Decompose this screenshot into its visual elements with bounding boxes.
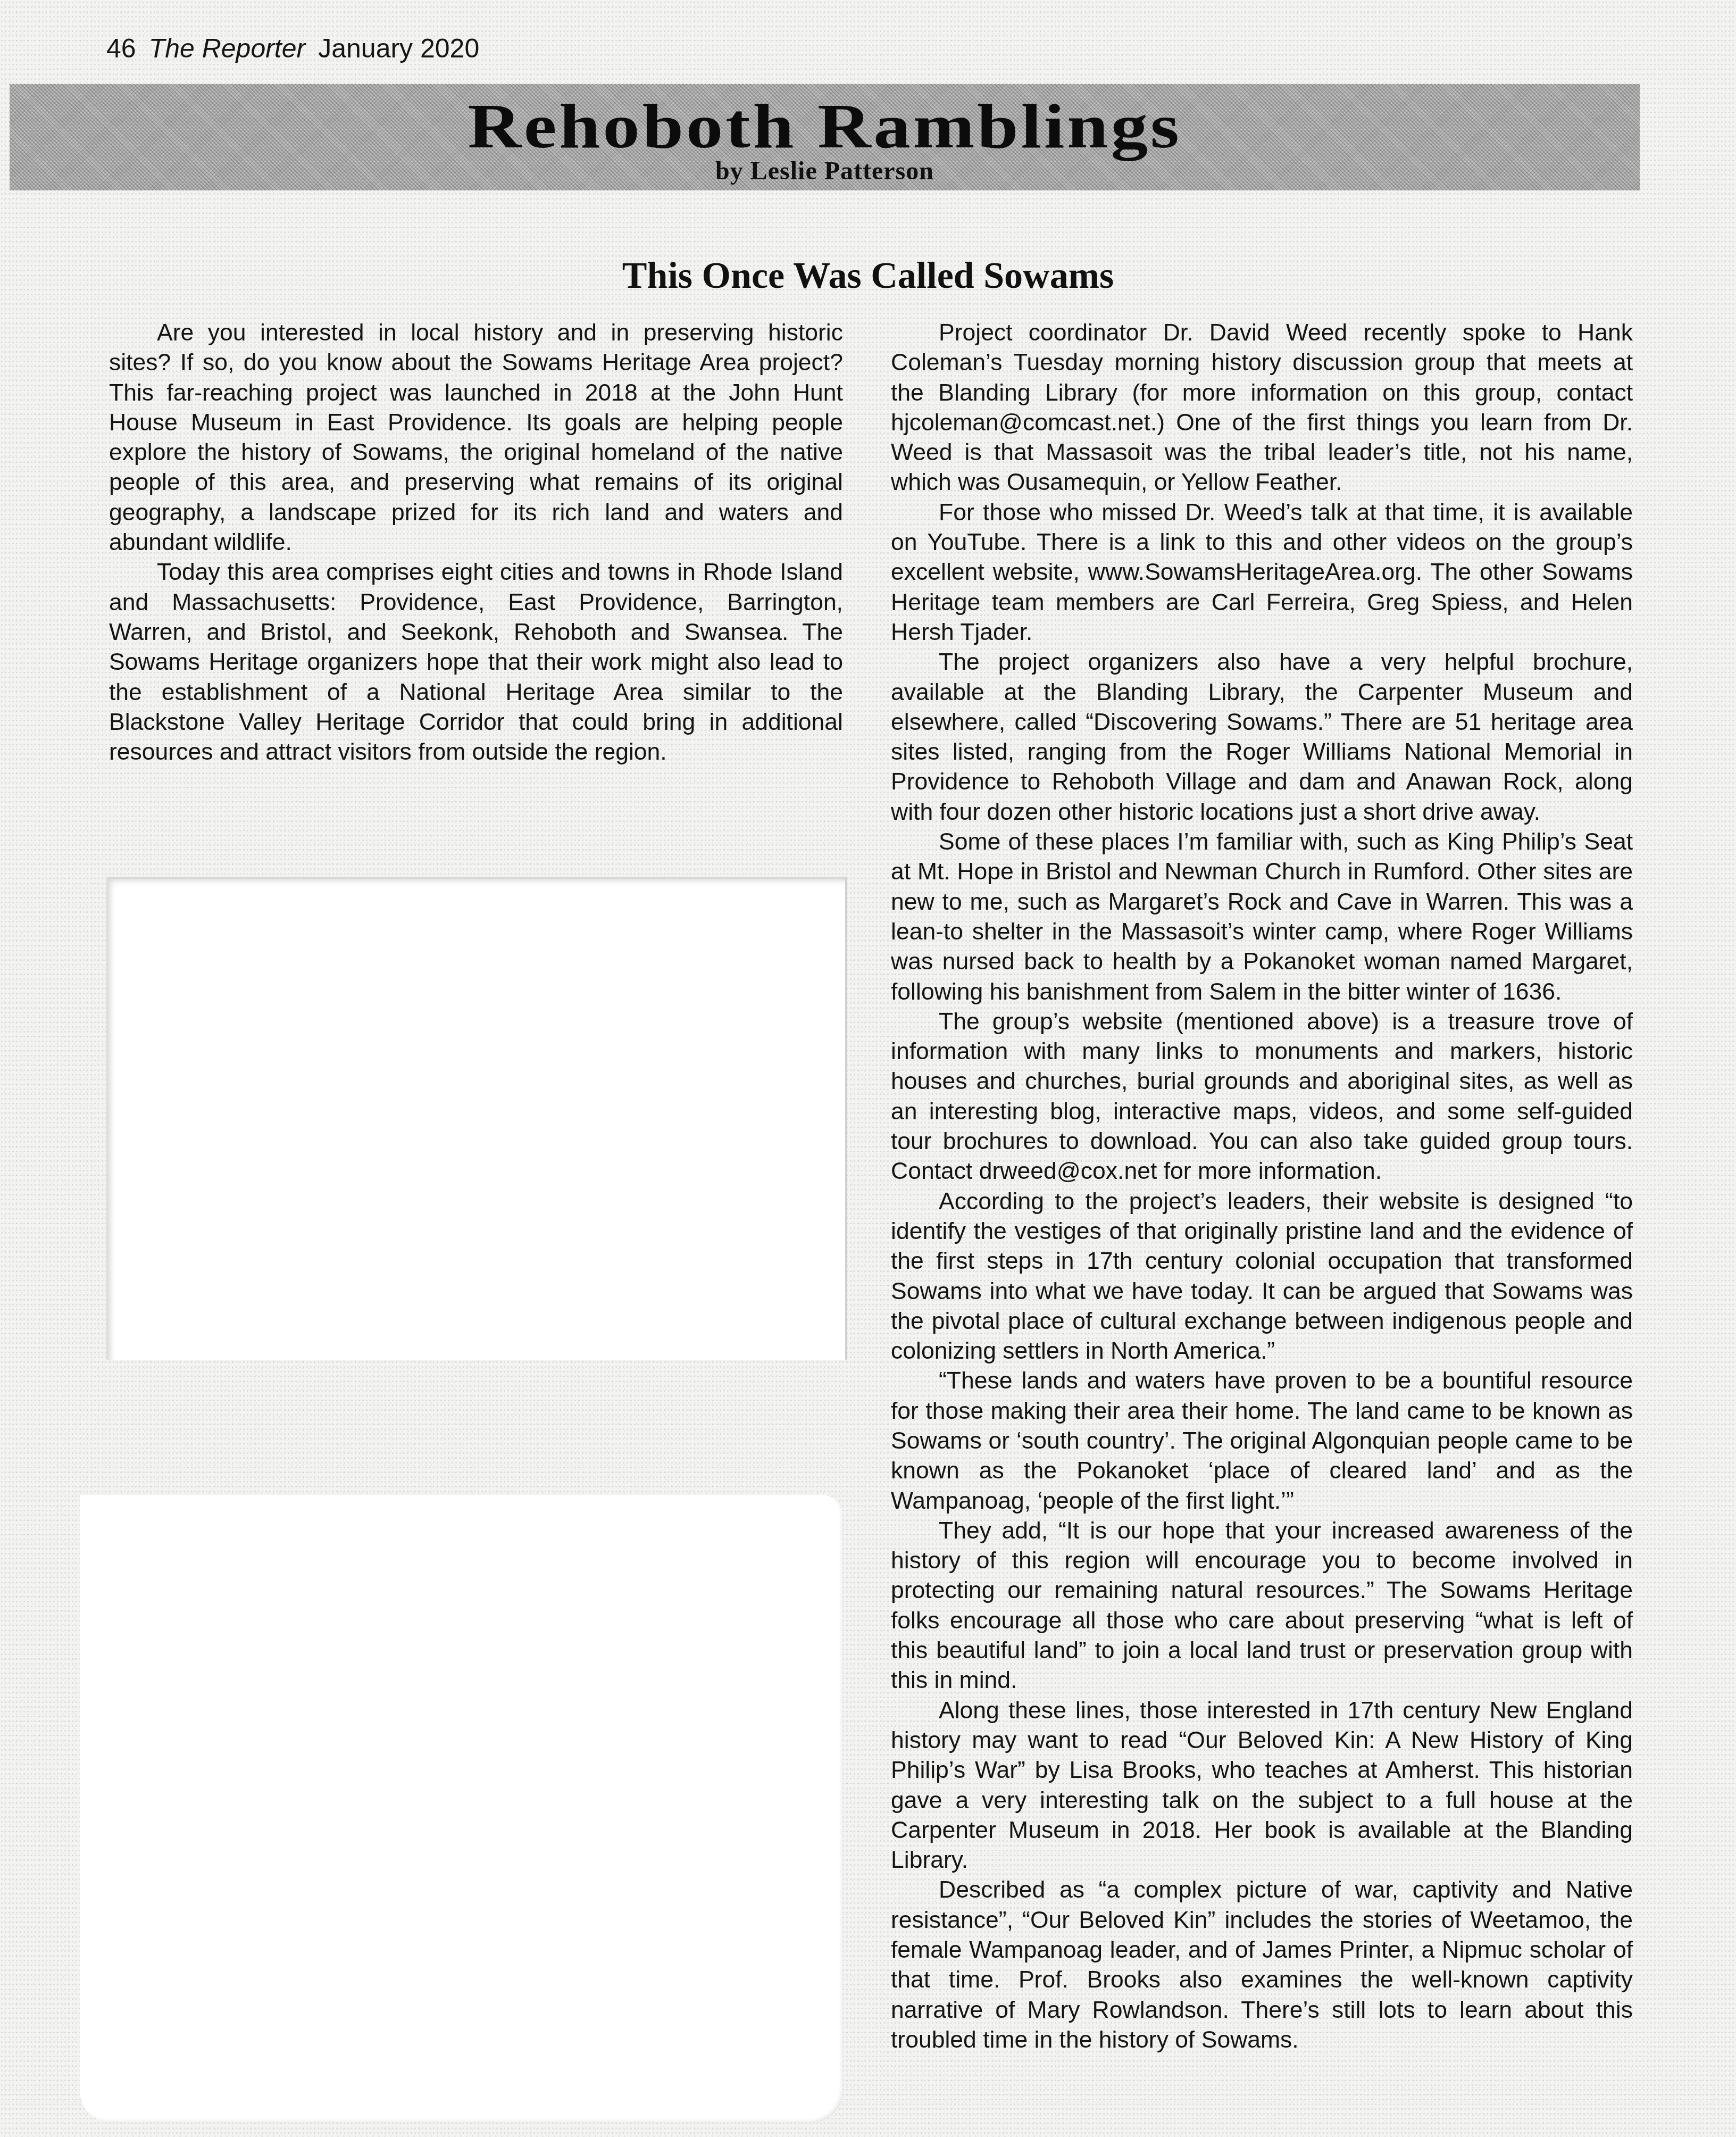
paragraph: Along these lines, those interested in 1…: [891, 1696, 1633, 1876]
paragraph: The group’s website (mentioned above) is…: [891, 1007, 1633, 1187]
column-banner: Rehoboth Ramblings by Leslie Patterson: [10, 84, 1640, 190]
column-title: Rehoboth Ramblings: [0, 95, 1736, 159]
paragraph: Described as “a complex picture of war, …: [891, 1875, 1633, 2055]
publication-name: The Reporter: [149, 33, 306, 64]
paragraph: For those who missed Dr. Weed’s talk at …: [891, 498, 1633, 647]
article-column-right: Project coordinator Dr. David Weed recen…: [891, 318, 1633, 2055]
byline: by Leslie Patterson: [10, 157, 1640, 185]
issue-date: January 2020: [318, 33, 479, 64]
page-folio: 46 The Reporter January 2020: [106, 33, 479, 64]
paragraph: Are you interested in local history and …: [109, 318, 843, 558]
article-column-left: Are you interested in local history and …: [109, 318, 843, 767]
paragraph: Project coordinator Dr. David Weed recen…: [891, 318, 1633, 498]
paragraph: Today this area comprises eight cities a…: [109, 558, 843, 767]
article-headline: This Once Was Called Sowams: [0, 255, 1736, 297]
paragraph: The project organizers also have a very …: [891, 647, 1633, 827]
page-number: 46: [106, 33, 136, 64]
paragraph: Some of these places I’m familiar with, …: [891, 827, 1633, 1007]
paragraph: “These lands and waters have proven to b…: [891, 1366, 1633, 1516]
photo-area-bottom: [80, 1495, 843, 2123]
photo-area-top: [106, 877, 847, 1360]
paragraph: According to the project’s leaders, thei…: [891, 1187, 1633, 1367]
paragraph: They add, “It is our hope that your incr…: [891, 1516, 1633, 1696]
